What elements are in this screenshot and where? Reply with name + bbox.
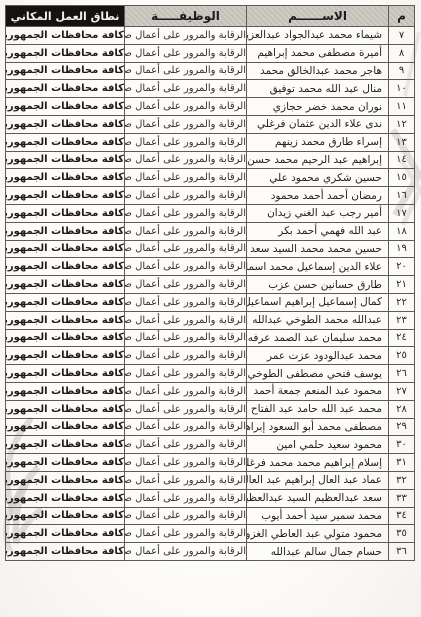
job-title-cell: الرقابة والمرور على أعمال صحة البيئة [125,436,247,454]
employee-name-cell: إسراء طارق محمد زينهم [247,133,389,151]
row-number-cell: ١٤ [389,151,415,169]
job-title-cell: الرقابة والمرور على أعمال صحة البيئة [125,44,247,62]
job-title-cell: الرقابة والمرور على أعمال صحة البيئة [125,311,247,329]
job-title-cell: الرقابة والمرور على أعمال صحة البيئة [125,347,247,365]
table-row: ١٠منال عبد الله محمد توفيقالرقابة والمرو… [6,80,415,98]
work-scope-cell: كافة محافظات الجمهورية [6,258,125,276]
job-title-cell: الرقابة والمرور على أعمال صحة البيئة [125,507,247,525]
job-title-cell: الرقابة والمرور على أعمال صحة البيئة [125,187,247,205]
row-number-cell: ٣٥ [389,525,415,543]
table-row: ٣٥محمود متولي عبد العاطي الغزوليالرقابة … [6,525,415,543]
work-scope-cell: كافة محافظات الجمهورية [6,169,125,187]
header-scope: نطاق العمل المكاني [6,6,125,27]
job-title-cell: الرقابة والمرور على أعمال صحة البيئة [125,80,247,98]
job-title-cell: الرقابة والمرور على أعمال صحة البيئة [125,98,247,116]
work-scope-cell: كافة محافظات الجمهورية [6,418,125,436]
work-scope-cell: كافة محافظات الجمهورية [6,187,125,205]
table-row: ٣٦حسام جمال سالم عبداللهالرقابة والمرور … [6,543,415,561]
work-scope-cell: كافة محافظات الجمهورية [6,347,125,365]
employee-name-cell: محمد عبد الله حامد عبد الفتاح [247,400,389,418]
row-number-cell: ٣٠ [389,436,415,454]
employee-name-cell: شيماء محمد عبدالجواد عبدالعزيز [247,27,389,45]
job-title-cell: الرقابة والمرور على أعمال صحة البيئة [125,62,247,80]
table-row: ٢٢كمال إسماعيل إبراهيم اسماعيلالرقابة وا… [6,293,415,311]
row-number-cell: ٢٨ [389,400,415,418]
work-scope-cell: كافة محافظات الجمهورية [6,27,125,45]
employee-name-cell: عبد الله فهمي أحمد بكر [247,222,389,240]
table-row: ٣٣سعد عبدالعظيم السيد عبدالعظيمالرقابة و… [6,489,415,507]
row-number-cell: ٨ [389,44,415,62]
table-row: ٢١طارق حسانين حسن عزبالرقابة والمرور على… [6,276,415,294]
job-title-cell: الرقابة والمرور على أعمال صحة البيئة [125,543,247,561]
table-row: ٧شيماء محمد عبدالجواد عبدالعزيزالرقابة و… [6,27,415,45]
table-row: ١٥حسين شكري محمود عليالرقابة والمرور على… [6,169,415,187]
employee-name-cell: محمد سمير سيد أحمد أيوب [247,507,389,525]
job-title-cell: الرقابة والمرور على أعمال صحة البيئة [125,258,247,276]
employee-name-cell: إسلام إبراهيم محمد محمد فرغلي [247,454,389,472]
row-number-cell: ٢٦ [389,365,415,383]
work-scope-cell: كافة محافظات الجمهورية [6,489,125,507]
roster-body: ٧شيماء محمد عبدالجواد عبدالعزيزالرقابة و… [6,27,415,561]
employee-name-cell: محمود متولي عبد العاطي الغزولي [247,525,389,543]
employee-name-cell: حسين محمد محمد السيد سعد [247,240,389,258]
table-row: ١٨عبد الله فهمي أحمد بكرالرقابة والمرور … [6,222,415,240]
table-row: ٣٤محمد سمير سيد أحمد أيوبالرقابة والمرور… [6,507,415,525]
employee-name-cell: محمود عبد المنعم جمعة أحمد [247,382,389,400]
row-number-cell: ١٧ [389,204,415,222]
table-row: ٢٨محمد عبد الله حامد عبد الفتاحالرقابة و… [6,400,415,418]
table-row: ١١نوران محمد خضر حجازيالرقابة والمرور عل… [6,98,415,116]
scanned-document-page: م الاســــــم الوظيفـــــة نطاق العمل ال… [0,0,421,617]
header-number: م [389,6,415,27]
table-row: ١٣إسراء طارق محمد زينهمالرقابة والمرور ع… [6,133,415,151]
table-row: ٢٧محمود عبد المنعم جمعة أحمدالرقابة والم… [6,382,415,400]
employee-name-cell: سعد عبدالعظيم السيد عبدالعظيم [247,489,389,507]
job-title-cell: الرقابة والمرور على أعمال صحة البيئة [125,365,247,383]
work-scope-cell: كافة محافظات الجمهورية [6,133,125,151]
job-title-cell: الرقابة والمرور على أعمال صحة البيئة [125,222,247,240]
table-row: ١٤إبراهيم عبد الرحيم محمد حسنالرقابة وال… [6,151,415,169]
row-number-cell: ٧ [389,27,415,45]
work-scope-cell: كافة محافظات الجمهورية [6,44,125,62]
job-title-cell: الرقابة والمرور على أعمال صحة البيئة [125,240,247,258]
table-row: ٢٩مصطفى محمد أبو السعود إبراهيمالرقابة و… [6,418,415,436]
job-title-cell: الرقابة والمرور على أعمال صحة البيئة [125,115,247,133]
work-scope-cell: كافة محافظات الجمهورية [6,525,125,543]
work-scope-cell: كافة محافظات الجمهورية [6,240,125,258]
table-row: ٢٤محمد سليمان عبد الصمد عرفهالرقابة والم… [6,329,415,347]
job-title-cell: الرقابة والمرور على أعمال صحة البيئة [125,454,247,472]
row-number-cell: ٢٩ [389,418,415,436]
employee-name-cell: مصطفى محمد أبو السعود إبراهيم [247,418,389,436]
work-scope-cell: كافة محافظات الجمهورية [6,80,125,98]
row-number-cell: ١٩ [389,240,415,258]
employee-name-cell: نوران محمد خضر حجازي [247,98,389,116]
job-title-cell: الرقابة والمرور على أعمال صحة البيئة [125,293,247,311]
work-scope-cell: كافة محافظات الجمهورية [6,204,125,222]
employee-name-cell: محمود سعيد حلمي امين [247,436,389,454]
row-number-cell: ٣١ [389,454,415,472]
row-number-cell: ١٣ [389,133,415,151]
table-row: ٣٠محمود سعيد حلمي امينالرقابة والمرور عل… [6,436,415,454]
header-row: م الاســــــم الوظيفـــــة نطاق العمل ال… [6,6,415,27]
work-scope-cell: كافة محافظات الجمهورية [6,543,125,561]
employee-name-cell: ندى علاء الدين عثمان فرغلي [247,115,389,133]
row-number-cell: ١٢ [389,115,415,133]
row-number-cell: ٣٣ [389,489,415,507]
employee-name-cell: طارق حسانين حسن عزب [247,276,389,294]
job-title-cell: الرقابة والمرور على أعمال صحة البيئة [125,489,247,507]
work-scope-cell: كافة محافظات الجمهورية [6,400,125,418]
employee-name-cell: إبراهيم عبد الرحيم محمد حسن [247,151,389,169]
job-title-cell: الرقابة والمرور على أعمال صحة البيئة [125,204,247,222]
row-number-cell: ٢٢ [389,293,415,311]
row-number-cell: ٢٠ [389,258,415,276]
job-title-cell: الرقابة والمرور على أعمال صحة البيئة [125,133,247,151]
work-scope-cell: كافة محافظات الجمهورية [6,98,125,116]
table-row: ٣٢عماد عبد العال إبراهيم عبد العالالرقاب… [6,471,415,489]
work-scope-cell: كافة محافظات الجمهورية [6,62,125,80]
row-number-cell: ٣٦ [389,543,415,561]
work-scope-cell: كافة محافظات الجمهورية [6,222,125,240]
employee-name-cell: علاء الدين إسماعيل محمد اسماعيل [247,258,389,276]
work-scope-cell: كافة محافظات الجمهورية [6,311,125,329]
job-title-cell: الرقابة والمرور على أعمال صحة البيئة [125,471,247,489]
row-number-cell: ١٦ [389,187,415,205]
work-scope-cell: كافة محافظات الجمهورية [6,293,125,311]
employee-name-cell: رمضان أحمد أحمد محمود [247,187,389,205]
employee-name-cell: أمير رجب عبد الغني زيدان [247,204,389,222]
row-number-cell: ٢١ [389,276,415,294]
employee-name-cell: عبدالله محمد الطوخي عبدالله [247,311,389,329]
row-number-cell: ٢٤ [389,329,415,347]
header-name: الاســــــم [247,6,389,27]
employee-name-cell: محمد سليمان عبد الصمد عرفه [247,329,389,347]
employee-name-cell: كمال إسماعيل إبراهيم اسماعيل [247,293,389,311]
work-scope-cell: كافة محافظات الجمهورية [6,115,125,133]
employee-name-cell: هاجر محمد عبدالخالق محمد [247,62,389,80]
employee-name-cell: حسين شكري محمود علي [247,169,389,187]
table-row: ٣١إسلام إبراهيم محمد محمد فرغليالرقابة و… [6,454,415,472]
table-row: ٨أميرة مصطفى محمد إبراهيمالرقابة والمرور… [6,44,415,62]
job-title-cell: الرقابة والمرور على أعمال صحة البيئة [125,525,247,543]
row-number-cell: ١٠ [389,80,415,98]
employee-name-cell: محمد عبدالودود عزت عمر [247,347,389,365]
employee-name-cell: منال عبد الله محمد توفيق [247,80,389,98]
table-row: ١٩حسين محمد محمد السيد سعدالرقابة والمرو… [6,240,415,258]
work-scope-cell: كافة محافظات الجمهورية [6,471,125,489]
work-scope-cell: كافة محافظات الجمهورية [6,436,125,454]
row-number-cell: ١٥ [389,169,415,187]
header-job: الوظيفـــــة [125,6,247,27]
work-scope-cell: كافة محافظات الجمهورية [6,382,125,400]
work-scope-cell: كافة محافظات الجمهورية [6,329,125,347]
table-row: ٩هاجر محمد عبدالخالق محمدالرقابة والمرور… [6,62,415,80]
table-row: ٢٣عبدالله محمد الطوخي عبداللهالرقابة وال… [6,311,415,329]
row-number-cell: ٢٥ [389,347,415,365]
job-title-cell: الرقابة والمرور على أعمال صحة البيئة [125,276,247,294]
employee-name-cell: حسام جمال سالم عبدالله [247,543,389,561]
job-title-cell: الرقابة والمرور على أعمال صحة البيئة [125,400,247,418]
employee-name-cell: أميرة مصطفى محمد إبراهيم [247,44,389,62]
row-number-cell: ٢٣ [389,311,415,329]
work-scope-cell: كافة محافظات الجمهورية [6,454,125,472]
row-number-cell: ١٨ [389,222,415,240]
job-title-cell: الرقابة والمرور على أعمال صحة البيئة [125,329,247,347]
job-title-cell: الرقابة والمرور على أعمال صحة البيئة [125,418,247,436]
employee-name-cell: عماد عبد العال إبراهيم عبد العال [247,471,389,489]
job-title-cell: الرقابة والمرور على أعمال صحة البيئة [125,27,247,45]
job-title-cell: الرقابة والمرور على أعمال صحة البيئة [125,382,247,400]
work-scope-cell: كافة محافظات الجمهورية [6,276,125,294]
table-row: ١٢ندى علاء الدين عثمان فرغليالرقابة والم… [6,115,415,133]
table-row: ٢٥محمد عبدالودود عزت عمرالرقابة والمرور … [6,347,415,365]
row-number-cell: ٣٤ [389,507,415,525]
row-number-cell: ٣٢ [389,471,415,489]
employee-roster-table: م الاســــــم الوظيفـــــة نطاق العمل ال… [5,5,415,561]
row-number-cell: ٢٧ [389,382,415,400]
employee-name-cell: يوسف فتحي مصطفى الطوخي [247,365,389,383]
table-row: ٢٦يوسف فتحي مصطفى الطوخيالرقابة والمرور … [6,365,415,383]
work-scope-cell: كافة محافظات الجمهورية [6,507,125,525]
job-title-cell: الرقابة والمرور على أعمال صحة البيئة [125,169,247,187]
row-number-cell: ١١ [389,98,415,116]
table-row: ١٦رمضان أحمد أحمد محمودالرقابة والمرور ع… [6,187,415,205]
row-number-cell: ٩ [389,62,415,80]
job-title-cell: الرقابة والمرور على أعمال صحة البيئة [125,151,247,169]
table-row: ٢٠علاء الدين إسماعيل محمد اسماعيلالرقابة… [6,258,415,276]
table-row: ١٧أمير رجب عبد الغني زيدانالرقابة والمرو… [6,204,415,222]
work-scope-cell: كافة محافظات الجمهورية [6,151,125,169]
work-scope-cell: كافة محافظات الجمهورية [6,365,125,383]
